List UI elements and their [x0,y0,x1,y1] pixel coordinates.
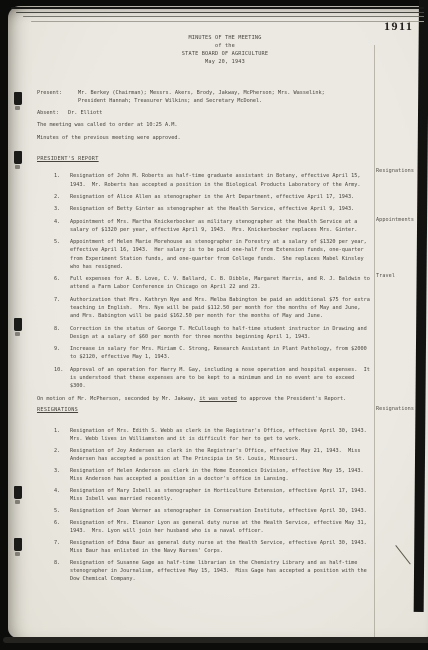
binder-mark [14,486,22,499]
item-text: Full expenses for A. B. Love, C. V. Ball… [70,275,371,291]
item-text: Authorization that Mrs. Kathryn Nye and … [70,296,371,321]
resignations-section: RESIGNATIONS 1. Resignation of Mrs. Edit… [37,406,371,583]
item-number: 4. [37,218,70,234]
item-text: Resignation of Mrs. Eleanor Lyon as gene… [70,519,371,535]
title-line-1: MINUTES OF THE MEETING [22,34,428,42]
report-item: 3. Resignation of Betty Ginter as stenog… [37,205,371,213]
item-number: 4. [37,487,70,503]
report-item: 4. Appointment of Mrs. Martha Knickerboc… [37,218,371,234]
item-text: Correction in the status of George T. Mc… [70,325,371,341]
present-row: Present: Mr. Berkey (Chairman); Messrs. … [37,89,371,105]
item-number: 1. [37,427,70,443]
item-text: Appointment of Helen Marie Morehouse as … [70,238,371,271]
resignation-item: 7. Resignation of Edna Baur as general d… [37,539,371,555]
resignation-item: 8. Resignation of Susanne Gage as half-t… [37,559,371,584]
binder-mark [14,318,22,331]
resignation-item: 1. Resignation of Mrs. Edith S. Webb as … [37,427,371,443]
item-number: 2. [37,193,70,201]
report-item: 2. Resignation of Alice Allen as stenogr… [37,193,371,201]
item-number: 9. [37,345,70,361]
absent-names: Dr. Elliott [68,109,102,117]
presidents-report-heading: PRESIDENT'S REPORT [37,155,371,163]
item-text: Resignation of Alice Allen as stenograph… [70,193,371,201]
binder-mark [14,538,22,551]
document-title: MINUTES OF THE MEETING of the STATE BOAR… [8,34,428,66]
item-text: Resignation of Helen Anderson as clerk i… [70,467,371,483]
binder-mark [14,151,22,164]
report-item: 10. Approval of an operation for Harry M… [37,366,371,391]
item-number: 5. [37,238,70,271]
item-number: 3. [37,205,70,213]
item-number: 3. [37,467,70,483]
item-text: Resignation of John M. Roberts as half-t… [70,172,371,188]
title-line-4: May 20, 1943 [22,58,428,66]
margin-rule-line [374,45,375,637]
item-number: 6. [37,275,70,291]
report-item: 9. Increase in salary for Mrs. Miriam C.… [37,345,371,361]
item-number: 7. [37,296,70,321]
resignation-item: 4. Resignation of Mary Isbell as stenogr… [37,487,371,503]
page-edge-line [11,7,424,9]
item-number: 10. [37,366,70,391]
title-line-3: STATE BOARD OF AGRICULTURE [22,50,428,58]
called-to-order-line: The meeting was called to order at 10:25… [37,121,371,129]
item-number: 1. [37,172,70,188]
report-item: 8. Correction in the status of George T.… [37,325,371,341]
meeting-minutes-scan: { "page_number": "1911", "header": { "li… [0,0,428,650]
pen-stroke-mark [395,545,411,565]
report-item: 5. Appointment of Helen Marie Morehouse … [37,238,371,271]
page-bottom-edge [3,637,428,643]
title-line-2: of the [22,42,428,50]
report-item: 1. Resignation of John M. Roberts as hal… [37,172,371,188]
item-number: 7. [37,539,70,555]
binder-mark [14,92,22,105]
motion-text-underlined: it was voted [199,396,236,402]
item-text: Approval of an operation for Harry M. Ga… [70,366,371,391]
motion-text-before: On motion of Mr. McPherson, seconded by … [37,396,199,402]
page-edge-line [31,21,424,22]
resignation-item: 5. Resignation of Joan Werner as stenogr… [37,507,371,515]
item-text: Resignation of Edna Baur as general duty… [70,539,371,555]
report-item: 7. Authorization that Mrs. Kathryn Nye a… [37,296,371,321]
minutes-approved-line: Minutes of the previous meeting were app… [37,134,371,142]
item-text: Resignation of Susanne Gage as half-time… [70,559,371,584]
absent-row: Absent: Dr. Elliott [37,109,371,117]
motion-text-after: to approve the President's Report. [237,396,346,402]
item-text: Increase in salary for Mrs. Miriam C. St… [70,345,371,361]
absent-label: Absent: [37,109,68,117]
item-number: 8. [37,325,70,341]
document-body: Present: Mr. Berkey (Chairman); Messrs. … [37,89,371,584]
resignation-item: 2. Resignation of Joy Andersen as clerk … [37,447,371,463]
item-number: 5. [37,507,70,515]
present-names: Mr. Berkey (Chairman); Messrs. Akers, Br… [78,89,340,105]
present-label: Present: [37,89,78,105]
item-text: Resignation of Mrs. Edith S. Webb as cle… [70,427,371,443]
report-item: 6. Full expenses for A. B. Love, C. V. B… [37,275,371,291]
item-number: 2. [37,447,70,463]
resignations-heading: RESIGNATIONS [37,406,371,414]
item-number: 6. [37,519,70,535]
page-edge-line [16,12,424,13]
item-text: Resignation of Mary Isbell as stenograph… [70,487,371,503]
item-text: Appointment of Mrs. Martha Knickerbocker… [70,218,371,234]
item-text: Resignation of Betty Ginter as stenograp… [70,205,371,213]
page-edge-line [23,16,424,17]
item-text: Resignation of Joy Andersen as clerk in … [70,447,371,463]
item-number: 8. [37,559,70,584]
resignation-item: 3. Resignation of Helen Anderson as cler… [37,467,371,483]
resignation-item: 6. Resignation of Mrs. Eleanor Lyon as g… [37,519,371,535]
document-page: 1911 Resignations Appointments Travel Re… [8,6,428,638]
motion-line: On motion of Mr. McPherson, seconded by … [37,395,371,403]
item-text: Resignation of Joan Werner as stenograph… [70,507,371,515]
